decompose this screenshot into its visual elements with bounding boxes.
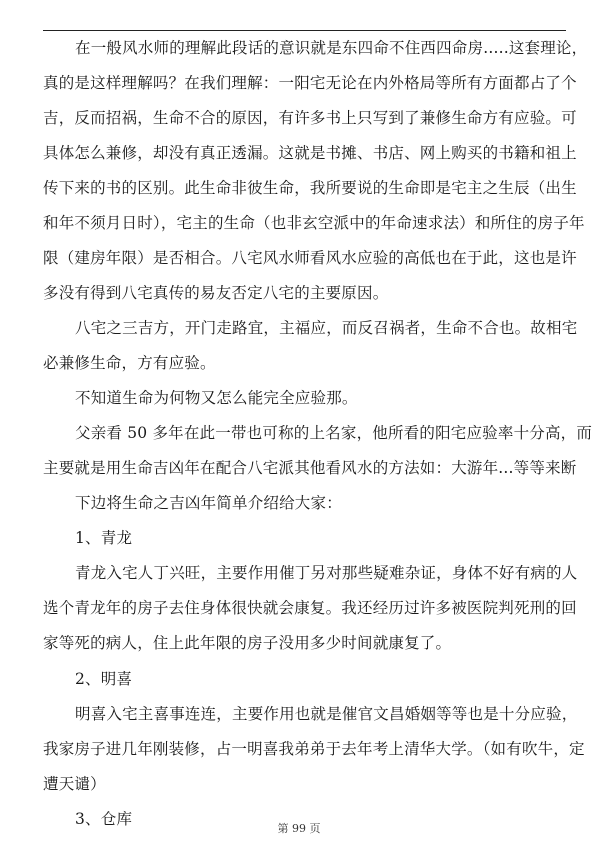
text-line: 2、明喜	[75, 669, 132, 689]
header-rule	[43, 30, 566, 31]
text-line: 遭天谴）	[43, 774, 106, 794]
text-line: 选个青龙年的房子去住身体很快就会康复。我还经历过许多被医院判死刑的回	[43, 598, 566, 618]
text-line: 家等死的病人，住上此年限的房子没用多少时间就康复了。	[43, 633, 451, 653]
text-line: 父亲看 50 多年在此一带也可称的上名家，他所看的阳宅应验率十分高，而	[75, 423, 566, 443]
text-line: 明喜入宅主喜事连连，主要作用也就是催官文昌婚姻等等也是十分应验，	[75, 704, 566, 724]
text-line: 多没有得到八宅真传的易友否定八宅的主要原因。	[43, 283, 388, 303]
text-line: 吉，反而招祸，生命不合的原因，有许多书上只写到了兼修生命方有应验。可	[43, 108, 566, 128]
text-line: 限（建房年限）是否相合。八宅风水师看风水应验的高低也在于此，这也是许	[43, 248, 566, 268]
text-line: 不知道生命为何物又怎么能完全应验那。	[75, 388, 358, 408]
text-line: 传下来的书的区别。此生命非彼生命，我所要说的生命即是宅主之生辰（出生	[43, 178, 566, 198]
text-line: 具体怎么兼修，却没有真正透漏。这就是书摊、书店、网上购买的书籍和祖上	[43, 143, 566, 163]
page-number: 第 99 页	[0, 822, 598, 836]
text-line: 必兼修生命，方有应验。	[43, 353, 216, 373]
text-line: 下边将生命之吉凶年简单介绍给大家：	[75, 493, 342, 513]
text-line: 真的是这样理解吗？在我们理解：一阳宅无论在内外格局等所有方面都占了个	[43, 73, 566, 93]
text-line: 我家房子进几年刚装修，占一明喜我弟弟于去年考上清华大学。（如有吹牛，定	[43, 739, 566, 759]
text-line: 八宅之三吉方，开门走路宜，主福应，而反召祸者，生命不合也。故相宅	[75, 318, 566, 338]
text-line: 在一般风水师的理解此段话的意识就是东四命不住西四命房.....这套理论，	[75, 38, 566, 58]
text-line: 和年不须月日时），宅主的生命（也非玄空派中的年命速求法）和所住的房子年	[43, 213, 566, 233]
text-line: 主要就是用生命吉凶年在配合八宅派其他看风水的方法如：大游年...等等来断	[43, 458, 566, 478]
text-line: 青龙入宅人丁兴旺，主要作用催丁另对那些疑难杂证，身体不好有病的人	[75, 563, 566, 583]
text-line: 1、青龙	[75, 528, 132, 548]
